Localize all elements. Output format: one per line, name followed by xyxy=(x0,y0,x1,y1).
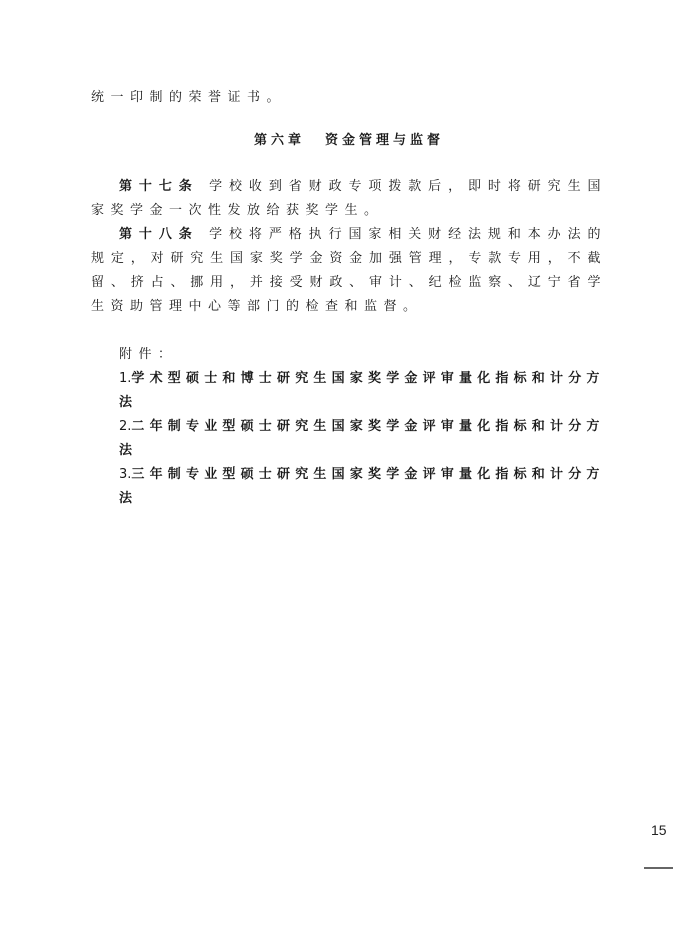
continuation-paragraph: 统一印制的荣誉证书。 xyxy=(91,86,607,110)
attachment-item: 3.三年制专业型硕士研究生国家奖学金评审量化指标和计分方法 xyxy=(91,463,607,511)
document-page: 统一印制的荣誉证书。 第六章资金管理与监督 第十七条学校收到省财政专项拨款后，即… xyxy=(0,0,700,949)
attachment-title: 三年制专业型硕士研究生国家奖学金评审量化指标和计分方法 xyxy=(119,467,605,506)
attachments-heading: 附件： xyxy=(91,343,607,367)
page-number-rule xyxy=(644,867,673,869)
attachment-number: 2. xyxy=(119,419,131,434)
article-17: 第十七条学校收到省财政专项拨款后，即时将研究生国家奖学金一次性发放给获奖学生。 xyxy=(91,175,607,223)
chapter-title: 资金管理与监督 xyxy=(325,133,444,148)
attachment-title: 学术型硕士和博士研究生国家奖学金评审量化指标和计分方法 xyxy=(119,371,605,410)
article-18: 第十八条学校将严格执行国家相关财经法规和本办法的规定，对研究生国家奖学金资金加强… xyxy=(91,223,607,319)
page-number: 15 xyxy=(651,822,667,838)
attachment-number: 3. xyxy=(119,467,131,482)
attachment-title: 二年制专业型硕士研究生国家奖学金评审量化指标和计分方法 xyxy=(119,419,605,458)
article-label: 第十八条 xyxy=(119,227,199,242)
article-label: 第十七条 xyxy=(119,179,199,194)
attachment-item: 2.二年制专业型硕士研究生国家奖学金评审量化指标和计分方法 xyxy=(91,415,607,463)
attachment-number: 1. xyxy=(119,371,131,386)
attachment-item: 1.学术型硕士和博士研究生国家奖学金评审量化指标和计分方法 xyxy=(91,367,607,415)
chapter-heading: 第六章资金管理与监督 xyxy=(91,129,607,153)
chapter-number: 第六章 xyxy=(254,133,305,148)
page-content: 统一印制的荣誉证书。 第六章资金管理与监督 第十七条学校收到省财政专项拨款后，即… xyxy=(91,86,607,511)
